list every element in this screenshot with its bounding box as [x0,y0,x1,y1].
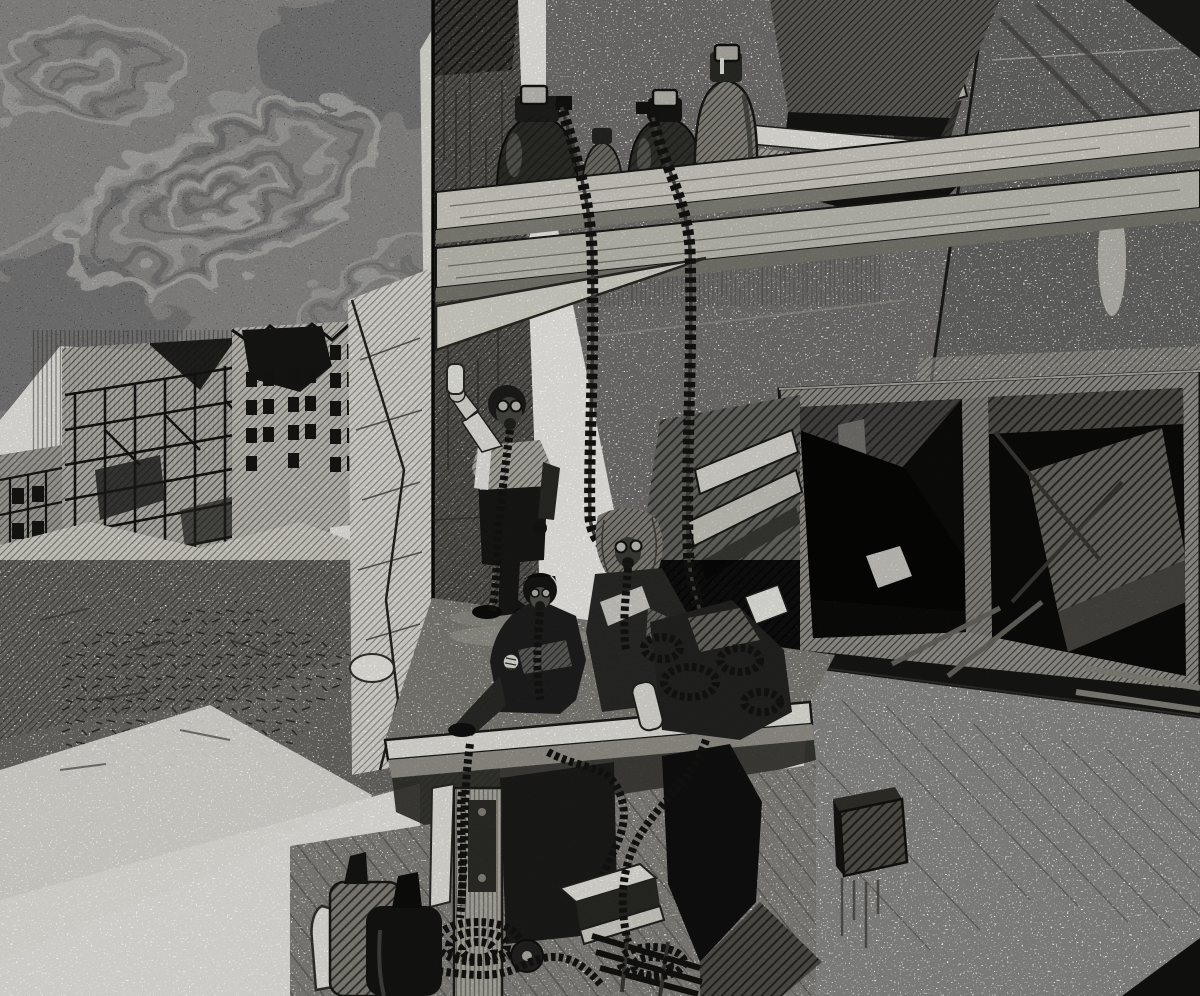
film-grain-overlay [0,0,1200,996]
manga-illustration [0,0,1200,996]
illustration-canvas [0,0,1200,996]
